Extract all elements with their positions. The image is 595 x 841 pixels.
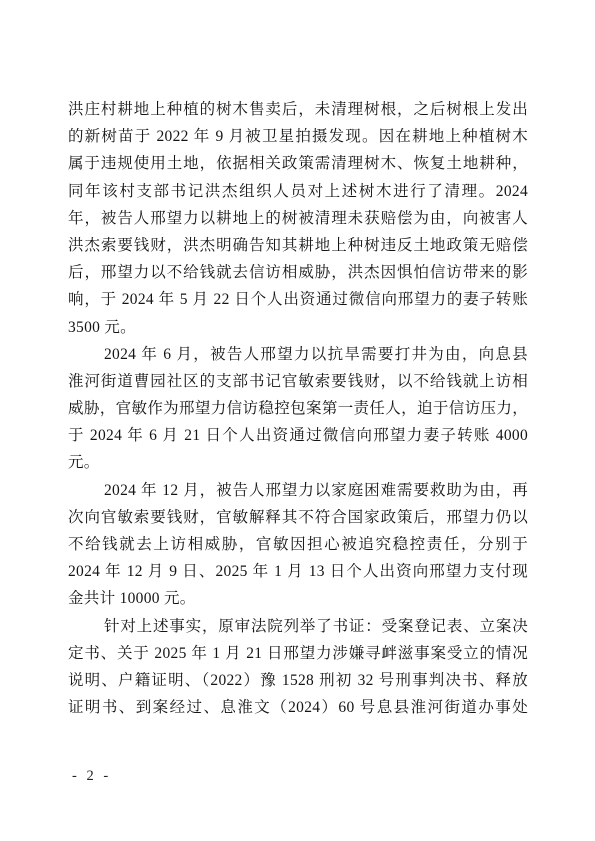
document-line paragraph-end: 元。 — [68, 449, 528, 476]
document-line: 后，邢望力以不给钱就去信访相威胁，洪杰因惧怕信访带来的影 — [68, 259, 528, 286]
document-line paragraph-start: 2024 年 6 月，被告人邢望力以抗旱需要打井为由，向息县 — [68, 341, 528, 368]
document-line: 证明书、到案经过、息淮文（2024）60 号息县淮河街道办事处 — [68, 694, 528, 721]
document-line: 威胁，官敏作为邢望力信访稳控包案第一责任人，迫于信访压力， — [68, 395, 528, 422]
page-number: - 2 - — [72, 768, 111, 785]
document-line: 属于违规使用土地，依据相关政策需清理树木、恢复土地耕种， — [68, 150, 528, 177]
document-line: 定书、关于 2025 年 1 月 21 日邢望力涉嫌寻衅滋事案受立的情况 — [68, 640, 528, 667]
document-line paragraph-end: 3500 元。 — [68, 314, 528, 341]
document-line: 次向官敏索要钱财，官敏解释其不符合国家政策后，邢望力仍以 — [68, 504, 528, 531]
document-line: 2024 年 12 月 9 日、2025 年 1 月 13 日个人出资向邢望力支… — [68, 558, 528, 585]
document-line paragraph-start: 2024 年 12 月，被告人邢望力以家庭困难需要救助为由，再 — [68, 477, 528, 504]
document-line: 响，于 2024 年 5 月 22 日个人出资通过微信向邢望力的妻子转账 — [68, 286, 528, 313]
document-line: 洪庄村耕地上种植的树木售卖后，未清理树根，之后树根上发出 — [68, 96, 528, 123]
document-body: 洪庄村耕地上种植的树木售卖后，未清理树根，之后树根上发出 的新树苗于 2022 … — [68, 96, 528, 721]
document-line paragraph-end: 金共计 10000 元。 — [68, 585, 528, 612]
document-line: 的新树苗于 2022 年 9 月被卫星拍摄发现。因在耕地上种植树木 — [68, 123, 528, 150]
document-line: 洪杰索要钱财，洪杰明确告知其耕地上种树违反土地政策无赔偿 — [68, 232, 528, 259]
document-line: 说明、户籍证明、（2022）豫 1528 刑初 32 号刑事判决书、释放 — [68, 667, 528, 694]
document-line: 于 2024 年 6 月 21 日个人出资通过微信向邢望力妻子转账 4000 — [68, 422, 528, 449]
document-line paragraph-start: 针对上述事实，原审法院列举了书证：受案登记表、立案决 — [68, 613, 528, 640]
document-line: 年，被告人邢望力以耕地上的树被清理未获赔偿为由，向被害人 — [68, 205, 528, 232]
document-line: 不给钱就去上访相威胁，官敏因担心被追究稳控责任，分别于 — [68, 531, 528, 558]
document-line: 淮河街道曹园社区的支部书记官敏索要钱财，以不给钱就上访相 — [68, 368, 528, 395]
document-page: 洪庄村耕地上种植的树木售卖后，未清理树根，之后树根上发出 的新树苗于 2022 … — [0, 0, 595, 841]
document-line: 同年该村支部书记洪杰组织人员对上述树木进行了清理。2024 — [68, 178, 528, 205]
